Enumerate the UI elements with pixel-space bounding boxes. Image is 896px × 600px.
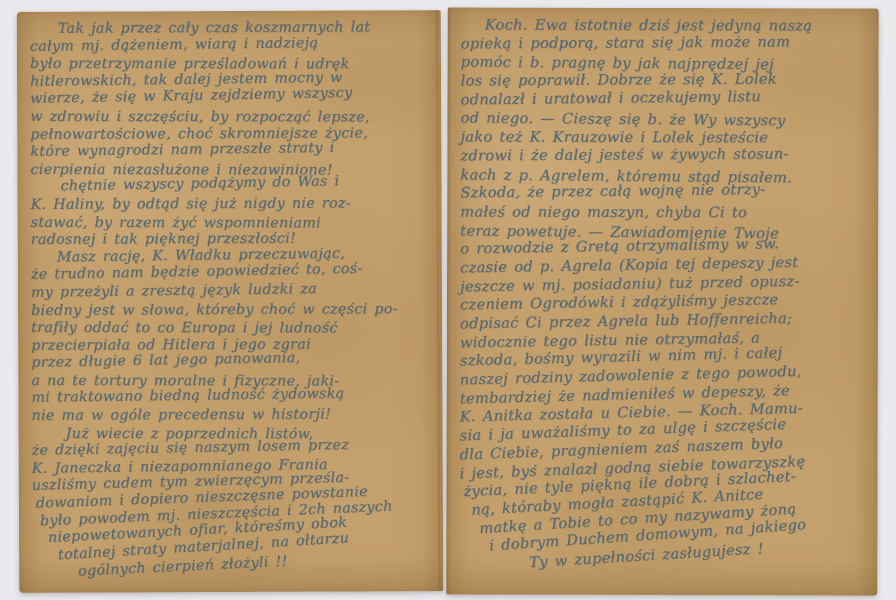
handwriting-line: małeś od niego maszyn, chyba Ci to <box>460 203 874 223</box>
handwriting-line: nie ma w ogóle precedensu w historji! <box>31 406 438 425</box>
handwriting-line: które wynagrodzi nam przeszłe straty i <box>30 139 437 162</box>
handwriting-line: odnalazł i uratował i oczekujemy listu <box>460 87 874 110</box>
letter-page-left-text: Tak jak przez cały czas koszmarnych latc… <box>30 19 439 589</box>
handwriting-line: mi traktowano biedną ludność żydowską <box>31 385 438 408</box>
handwriting-line: trafiły oddać to co Europa i jej ludność <box>31 320 438 338</box>
letter-page-right-text: Koch. Ewa istotnie dziś jest jedyną nasz… <box>459 16 875 591</box>
handwriting-line: biedny jest w słowa, któreby choć w częś… <box>31 301 438 320</box>
handwriting-line: Szkoda, że przez całą wojnę nie otrzy- <box>460 180 874 203</box>
handwriting-line: zdrowi i że dalej jesteś w żywych stosun… <box>460 145 874 166</box>
letter-scan: Tak jak przez cały czas koszmarnych latc… <box>0 0 896 600</box>
letter-page-left: Tak jak przez cały czas koszmarnych latc… <box>17 10 444 593</box>
letter-page-right: Koch. Ewa istotnie dziś jest jedyną nasz… <box>446 7 879 595</box>
handwriting-line: stawać, by razem żyć wspomnieniami <box>31 214 438 232</box>
handwriting-line: K. Haliny, by odtąd się już nigdy nie ro… <box>31 195 438 214</box>
handwriting-line: opieką i podporą, stara się jak może nam <box>461 33 875 54</box>
handwriting-line: w zdrowiu i szczęściu, by rozpocząć leps… <box>30 109 437 127</box>
